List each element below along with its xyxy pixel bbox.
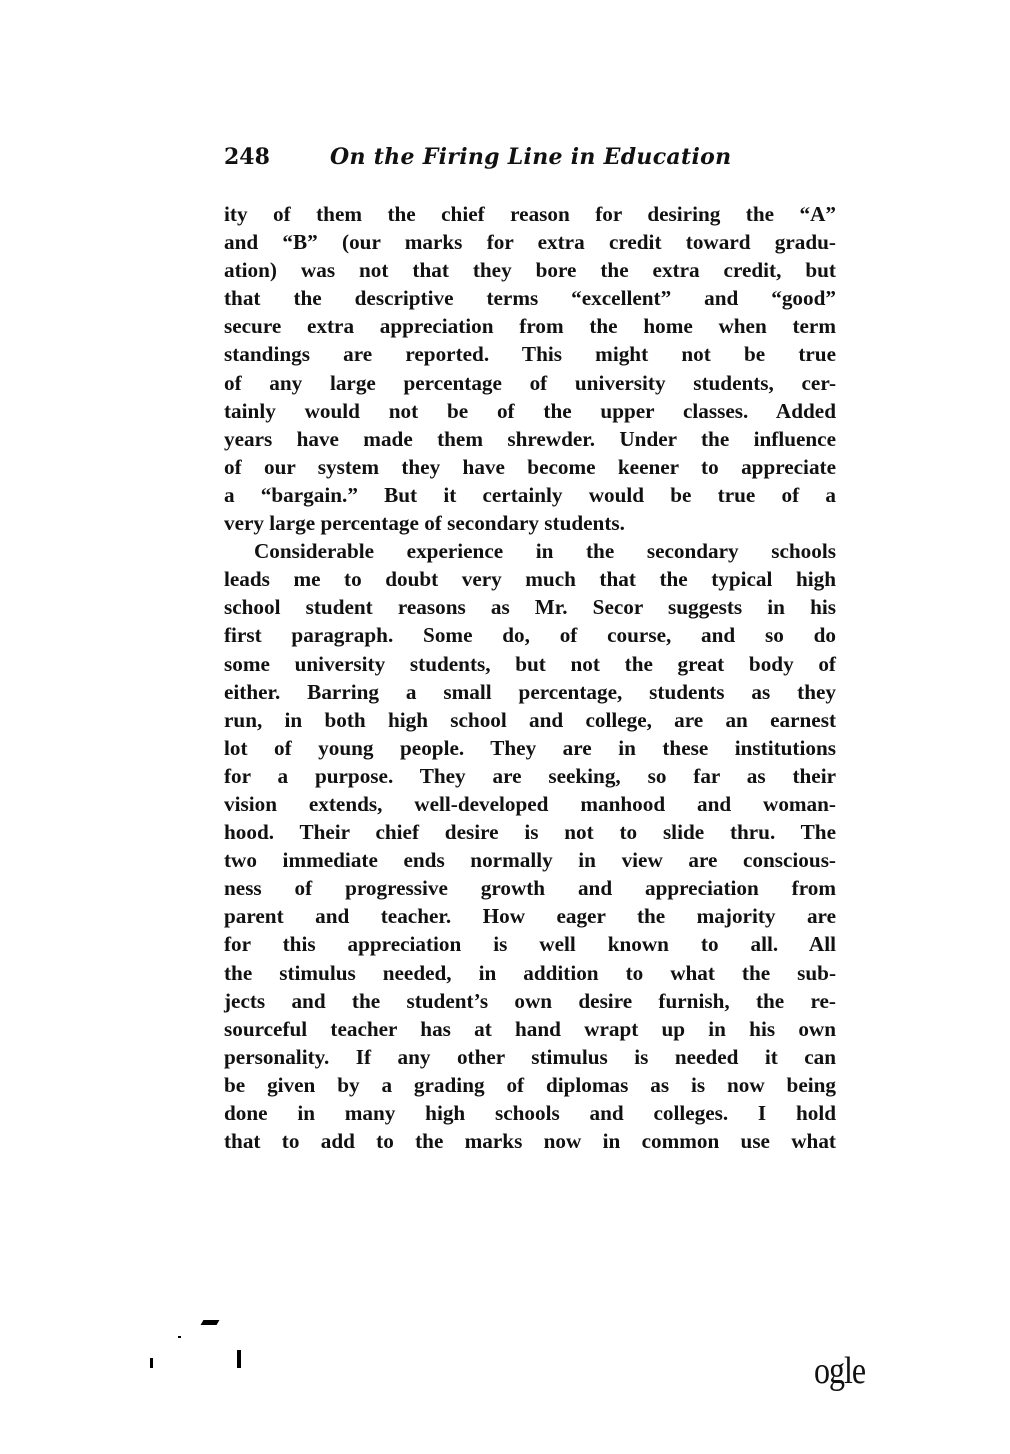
scan-smudge	[178, 1336, 181, 1338]
text-line: jects and the student’s own desire furni…	[224, 987, 836, 1015]
page-header: 248 On the Firing Line in Education	[224, 140, 844, 176]
body-text: ity of them the chief reason for desirin…	[224, 200, 836, 1155]
text-line: hood. Their chief desire is not to slide…	[224, 818, 836, 846]
text-line: first paragraph. Some do, of course, and…	[224, 621, 836, 649]
page-number: 248	[224, 144, 270, 170]
running-title: On the Firing Line in Education	[330, 144, 731, 170]
text-line: parent and teacher. How eager the majori…	[224, 902, 836, 930]
text-line: two immediate ends normally in view are …	[224, 846, 836, 874]
text-line: Considerable experience in the secondary…	[224, 537, 836, 565]
text-line: lot of young people. They are in these i…	[224, 734, 836, 762]
text-line: standings are reported. This might not b…	[224, 340, 836, 368]
scanned-book-page: 248 On the Firing Line in Education ity …	[0, 0, 1010, 1454]
text-line: personality. If any other stimulus is ne…	[224, 1043, 836, 1071]
text-line: ity of them the chief reason for desirin…	[224, 200, 836, 228]
text-line: the stimulus needed, in addition to what…	[224, 959, 836, 987]
text-line: secure extra appreciation from the home …	[224, 312, 836, 340]
text-line: done in many high schools and colleges. …	[224, 1099, 836, 1127]
text-line: that to add to the marks now in common u…	[224, 1127, 836, 1155]
text-line: ness of progressive growth and appreciat…	[224, 874, 836, 902]
digitizer-watermark: ogle	[814, 1348, 865, 1392]
text-line: years have made them shrewder. Under the…	[224, 425, 836, 453]
text-line: for this appreciation is well known to a…	[224, 930, 836, 958]
scan-smudge	[150, 1358, 153, 1368]
text-line: some university students, but not the gr…	[224, 650, 836, 678]
text-line: either. Barring a small percentage, stud…	[224, 678, 836, 706]
text-line: of any large percentage of university st…	[224, 369, 836, 397]
text-line: very large percentage of secondary stude…	[224, 509, 836, 537]
scan-smudge	[237, 1350, 241, 1368]
text-line: school student reasons as Mr. Secor sugg…	[224, 593, 836, 621]
text-line: be given by a grading of diplomas as is …	[224, 1071, 836, 1099]
text-line: run, in both high school and college, ar…	[224, 706, 836, 734]
text-line: leads me to doubt very much that the typ…	[224, 565, 836, 593]
text-line: tainly would not be of the upper classes…	[224, 397, 836, 425]
text-line: of our system they have become keener to…	[224, 453, 836, 481]
text-line: a “bargain.” But it certainly would be t…	[224, 481, 836, 509]
text-line: sourceful teacher has at hand wrapt up i…	[224, 1015, 836, 1043]
text-line: vision extends, well-developed manhood a…	[224, 790, 836, 818]
text-line: ation) was not that they bore the extra …	[224, 256, 836, 284]
text-line: and “B” (our marks for extra credit towa…	[224, 228, 836, 256]
text-line: for a purpose. They are seeking, so far …	[224, 762, 836, 790]
scan-smudge	[201, 1320, 220, 1325]
text-line: that the descriptive terms “excellent” a…	[224, 284, 836, 312]
